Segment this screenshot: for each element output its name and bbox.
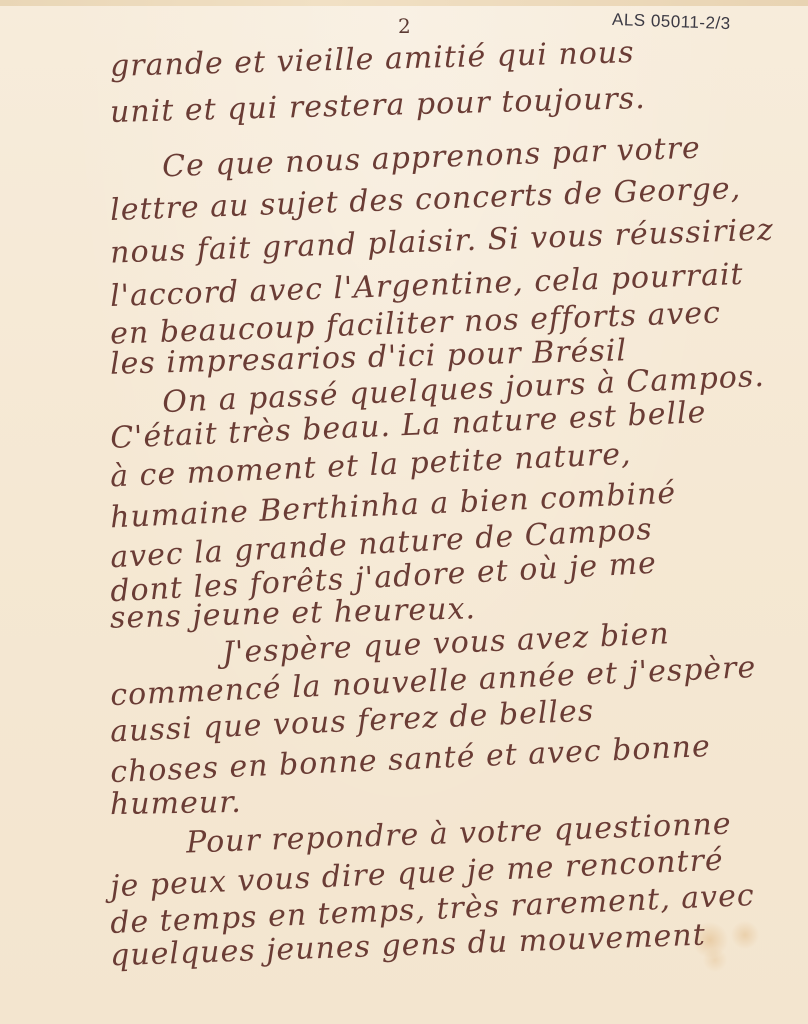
letter-line: unit et qui restera pour toujours. [110,81,646,130]
catalog-id: ALS 05011-2/3 [612,10,731,34]
letter-line: grande et vieille amitié qui nous [110,35,635,84]
letter-page: 2 ALS 05011-2/3 grande et vieille amitié… [0,0,808,1024]
paper-top-edge [0,0,808,6]
page-number: 2 [398,14,411,38]
letter-line: humeur. [110,785,242,822]
